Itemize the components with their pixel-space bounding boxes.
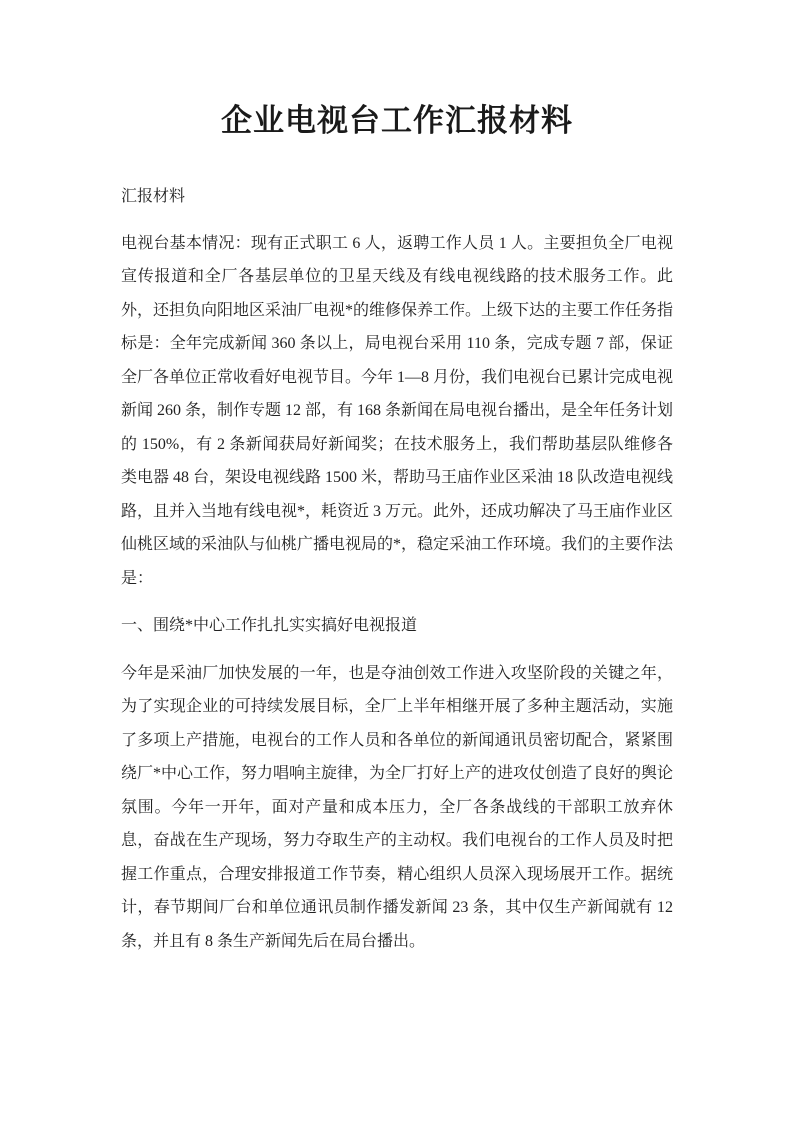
document-page: 企业电视台工作汇报材料 汇报材料 电视台基本情况：现有正式职工 6 人，返聘工作…	[0, 0, 793, 1122]
section-1-paragraph: 今年是采油厂加快发展的一年，也是夺油创效工作进入攻坚阶段的关键之年，为了实现企业…	[121, 657, 673, 959]
section-1-heading: 一、围绕*中心工作扎扎实实搞好电视报道	[121, 609, 673, 643]
document-title: 企业电视台工作汇报材料	[121, 100, 673, 142]
report-label: 汇报材料	[121, 180, 673, 213]
intro-paragraph: 电视台基本情况：现有正式职工 6 人，返聘工作人员 1 人。主要担负全厂电视宣传…	[121, 227, 673, 596]
